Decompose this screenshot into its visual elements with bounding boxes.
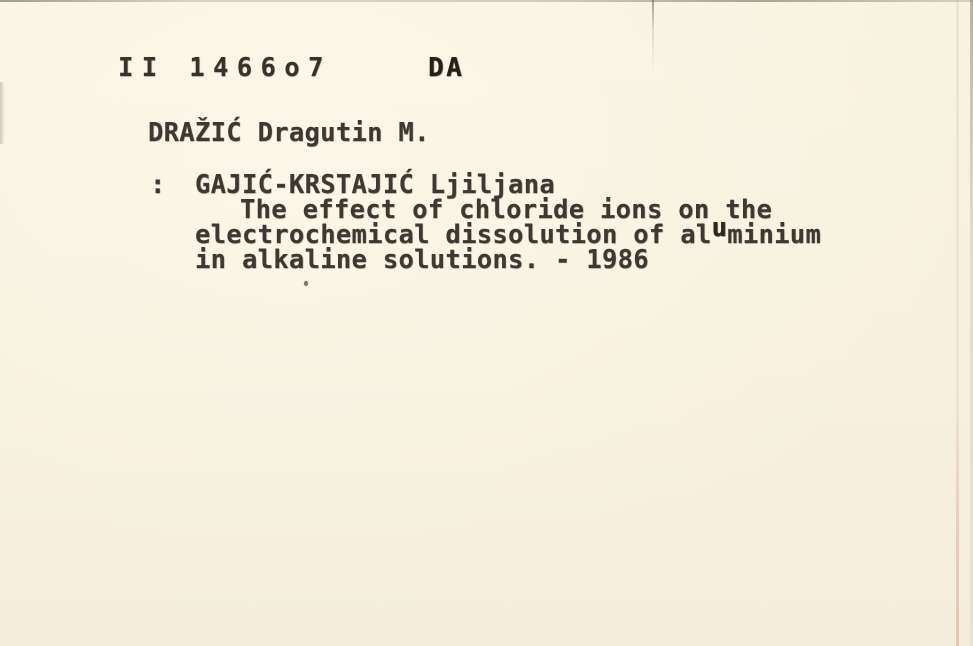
title-line-2-raised-char: u xyxy=(712,216,728,242)
call-number: II 1466o7 xyxy=(118,56,332,82)
location-mark-stamp: DA xyxy=(428,55,464,81)
added-entry-colon: : xyxy=(150,173,166,199)
scan-smudge-left xyxy=(0,82,5,144)
author-heading: DRAŽIĆ Dragutin M. xyxy=(148,121,430,147)
title-line-2-post: minium xyxy=(727,220,821,250)
stray-ink-dot xyxy=(304,281,308,286)
title-line-3: in alkaline solutions. - 1986 xyxy=(195,248,649,274)
library-catalog-card: II 1466o7 DA DRAŽIĆ Dragutin M. : GAJIĆ-… xyxy=(0,0,973,646)
scan-edge-top xyxy=(0,0,973,2)
card-crease-line xyxy=(652,0,654,74)
scan-streak-right xyxy=(956,0,959,646)
